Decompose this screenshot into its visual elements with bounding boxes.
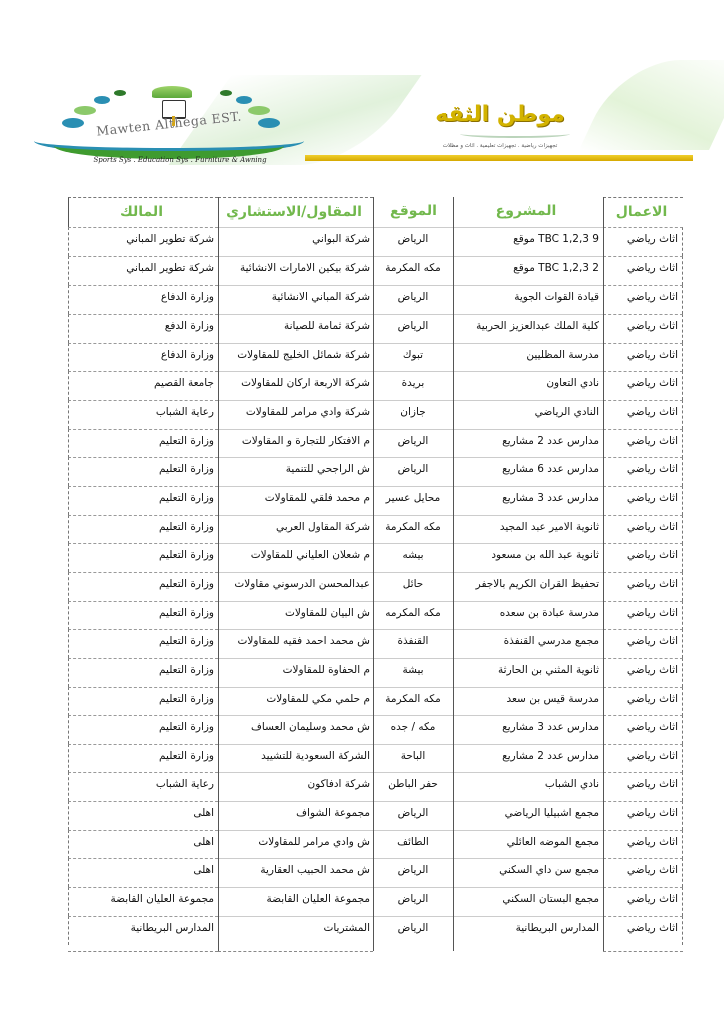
cell-contractor: ش محمد الحبيب العقارية [218,858,373,887]
cell-contractor: شركة بيكين الامارات الانشائية [218,256,373,285]
brand-title: موطن الثقه [420,102,580,127]
brand-underline [460,130,570,138]
table-row: اثاث رياضيمدرسة قيس بن سعدمكه المكرمةم ح… [68,687,718,716]
cell-work: اثاث رياضي [603,343,683,372]
cell-work: اثاث رياضي [603,744,683,773]
cell-contractor: م حلمي مكي للمقاولات [218,687,373,716]
cell-contractor: م الافتكار للتجارة و المقاولات [218,429,373,458]
table-row: اثاث رياضيTBC 1,2,3 2 موقعمكه المكرمةشرك… [68,256,718,285]
brand-block: موطن الثقه [420,102,580,127]
cell-project: قيادة القوات الجوية [453,285,603,314]
table-row: اثاث رياضيمجمع مدرسي القنفذةالقنفذةش محم… [68,629,718,658]
table-row: اثاث رياضيالنادي الرياضيجازانشركة وادي م… [68,400,718,429]
cell-work: اثاث رياضي [603,256,683,285]
cell-work: اثاث رياضي [603,858,683,887]
column-header-project: المشروع [453,197,603,227]
cell-location: جازان [373,400,453,429]
cell-project: مدارس عدد 6 مشاريع [453,457,603,486]
cell-location: الرياض [373,227,453,256]
cell-work: اثاث رياضي [603,543,683,572]
cell-work: اثاث رياضي [603,772,683,801]
cell-work: اثاث رياضي [603,314,683,343]
table-row: اثاث رياضيمدارس عدد 3 مشاريعمكه / جدهش م… [68,715,718,744]
cell-project: النادي الرياضي [453,400,603,429]
cell-owner: اهلى [68,801,218,830]
cell-project: مجمع اشبيليا الرياضي [453,801,603,830]
cell-owner: وزارة التعليم [68,486,218,515]
cell-location: بيشه [373,543,453,572]
cell-location: الرياض [373,314,453,343]
cell-project: مدرسة قيس بن سعد [453,687,603,716]
cell-contractor: ش وادي مرامر للمقاولات [218,830,373,859]
table-row: اثاث رياضينادي الشبابحفر الباطنشركة ادفا… [68,772,718,801]
cell-location: مكه المكرمه [373,601,453,630]
cell-project: ثانوية الامير عبد المجيد [453,515,603,544]
table-row: اثاث رياضيالمدارس البريطانيةالرياضالمشتر… [68,916,718,945]
cell-location: الرياض [373,887,453,916]
cell-contractor: ش محمد وسليمان العساف [218,715,373,744]
cell-contractor: شركة ادفاكون [218,772,373,801]
cell-work: اثاث رياضي [603,715,683,744]
cell-contractor: ش البيان للمقاولات [218,601,373,630]
cell-owner: وزارة التعليم [68,543,218,572]
cell-project: ثانوية المثني بن الحارثة [453,658,603,687]
table-row: اثاث رياضيمدارس عدد 2 مشاريعالرياضم الاف… [68,429,718,458]
cell-project: مدارس عدد 2 مشاريع [453,429,603,458]
cell-work: اثاث رياضي [603,830,683,859]
cell-project: نادي الشباب [453,772,603,801]
cell-location: حفر الباطن [373,772,453,801]
cell-contractor: شركة ثمامة للصيانة [218,314,373,343]
cell-project: مدارس عدد 2 مشاريع [453,744,603,773]
table-row: اثاث رياضيقيادة القوات الجويةالرياضشركة … [68,285,718,314]
cell-work: اثاث رياضي [603,400,683,429]
cell-contractor: م محمد فلقي للمقاولات [218,486,373,515]
cell-project: مجمع البستان السكني [453,887,603,916]
cell-owner: وزارة التعليم [68,572,218,601]
column-divider [603,197,604,951]
cell-location: الرياض [373,429,453,458]
cell-project: تحفيظ القران الكريم بالاجفر [453,572,603,601]
table-bottom-border [68,951,218,952]
cell-contractor: مجموعة الشواف [218,801,373,830]
cell-location: الرياض [373,285,453,314]
cell-work: اثاث رياضي [603,887,683,916]
cell-contractor: شركة وادي مرامر للمقاولات [218,400,373,429]
cell-location: القنفذة [373,629,453,658]
company-logo: Mawten Althega EST. Sports Sys . Educati… [34,88,304,178]
column-divider [373,197,374,951]
cell-work: اثاث رياضي [603,227,683,256]
cell-contractor: ش الراجحي للتنمية [218,457,373,486]
table-row: اثاث رياضيمجمع البستان السكنيالرياضمجموع… [68,887,718,916]
cell-contractor: م شعلان العلياني للمقاولات [218,543,373,572]
cell-contractor: شركة المقاول العربي [218,515,373,544]
cell-work: اثاث رياضي [603,486,683,515]
cell-contractor: م الحفاوة للمقاولات [218,658,373,687]
cell-location: مكه / جده [373,715,453,744]
cell-work: اثاث رياضي [603,658,683,687]
table-row: اثاث رياضيمدارس عدد 3 مشاريعمحايل عسيرم … [68,486,718,515]
cell-owner: وزارة التعليم [68,715,218,744]
logo-dot [220,90,232,96]
cell-work: اثاث رياضي [603,371,683,400]
cell-owner: شركة تطوير المباني [68,227,218,256]
table-bottom-border [218,951,373,952]
table-row: اثاث رياضيمدرسة عبادة بن سعدهمكه المكرمه… [68,601,718,630]
logo-tagline: Sports Sys . Education Sys . Furniture &… [90,156,270,164]
cell-owner: وزارة الدفاع [68,343,218,372]
column-header-contractor: المقاول/الاستشاري [218,197,373,227]
table-row: اثاث رياضيكلية الملك عبدالعزيز الحربيةال… [68,314,718,343]
cell-location: الرياض [373,457,453,486]
cell-work: اثاث رياضي [603,457,683,486]
cell-owner: وزارة التعليم [68,629,218,658]
table-row: اثاث رياضيTBC 1,2,3 9 موقعالرياضشركة الب… [68,227,718,256]
column-header-owner: المالك [68,197,218,227]
cell-contractor: شركة شمائل الخليج للمقاولات [218,343,373,372]
table-row: اثاث رياضينادي التعاونبريدةشركة الاربعة … [68,371,718,400]
cell-contractor: شركة البواني [218,227,373,256]
logo-dot [258,118,280,128]
cell-location: مكه المكرمة [373,515,453,544]
cell-contractor: شركة الاربعة اركان للمقاولات [218,371,373,400]
cell-work: اثاث رياضي [603,601,683,630]
table-row: اثاث رياضيمجمع الموضه العائليالطائفش واد… [68,830,718,859]
cell-location: بريدة [373,371,453,400]
cell-work: اثاث رياضي [603,515,683,544]
cell-contractor: الشركة السعودية للتشييد [218,744,373,773]
cell-project: ثانوية عبد الله بن مسعود [453,543,603,572]
cell-owner: شركة تطوير المباني [68,256,218,285]
cell-project: مجمع الموضه العائلي [453,830,603,859]
cell-owner: وزارة التعليم [68,429,218,458]
cell-project: مدرسة عبادة بن سعده [453,601,603,630]
table-row: اثاث رياضيتحفيظ القران الكريم بالاجفرحائ… [68,572,718,601]
cell-contractor: مجموعة العليان القابضة [218,887,373,916]
column-header-location: الموقع [373,197,453,227]
cell-location: الطائف [373,830,453,859]
cell-location: الباحة [373,744,453,773]
cell-work: اثاث رياضي [603,285,683,314]
cell-location: الرياض [373,801,453,830]
cell-work: اثاث رياضي [603,572,683,601]
cell-owner: وزارة التعليم [68,687,218,716]
cell-project: TBC 1,2,3 9 موقع [453,227,603,256]
logo-dot [74,106,96,115]
table-row: اثاث رياضيمجمع سن داي السكنيالرياضش محمد… [68,858,718,887]
cell-owner: وزارة الدفاع [68,285,218,314]
logo-dot [114,90,126,96]
cell-owner: المدارس البريطانية [68,916,218,945]
cell-owner: وزارة التعليم [68,601,218,630]
column-divider [218,197,219,951]
cell-project: TBC 1,2,3 2 موقع [453,256,603,285]
cell-work: اثاث رياضي [603,429,683,458]
table-header-row: الاعمال المشروع الموقع المقاول/الاستشاري… [68,197,718,227]
cell-contractor: عبدالمحسن الدرسوني مقاولات [218,572,373,601]
cell-work: اثاث رياضي [603,629,683,658]
cell-owner: اهلى [68,858,218,887]
cell-owner: وزارة الدفع [68,314,218,343]
cell-location: بيشة [373,658,453,687]
cell-location: مكه المكرمة [373,256,453,285]
cell-location: حائل [373,572,453,601]
cell-owner: وزارة التعليم [68,658,218,687]
cell-project: المدارس البريطانية [453,916,603,945]
cell-work: اثاث رياضي [603,801,683,830]
cell-work: اثاث رياضي [603,916,683,945]
cell-location: مكه المكرمة [373,687,453,716]
cell-owner: اهلى [68,830,218,859]
cell-work: اثاث رياضي [603,687,683,716]
logo-dot [236,96,252,104]
cell-project: نادي التعاون [453,371,603,400]
logo-dot [94,96,110,104]
header-divider [305,155,693,161]
cell-owner: وزارة التعليم [68,515,218,544]
column-header-work: الاعمال [603,197,683,227]
cell-location: محايل عسير [373,486,453,515]
decorative-swoosh [579,60,724,150]
column-divider [453,197,454,951]
cell-location: تبوك [373,343,453,372]
cell-project: مدرسة المظليين [453,343,603,372]
table-row: اثاث رياضيمجمع اشبيليا الرياضيالرياضمجمو… [68,801,718,830]
cell-project: مجمع سن داي السكني [453,858,603,887]
table-row: اثاث رياضيثانوية عبد الله بن مسعودبيشهم … [68,543,718,572]
cell-contractor: ش محمد احمد فقيه للمقاولات [218,629,373,658]
cell-location: الرياض [373,916,453,945]
cell-owner: رعاية الشباب [68,400,218,429]
brand-subtitle: تجهيزات رياضية . تجهيزات تعليمية . اثاث … [430,143,570,149]
cell-owner: مجموعة العليان القابضة [68,887,218,916]
cell-owner: وزارة التعليم [68,457,218,486]
cell-contractor: شركة المباني الانشائية [218,285,373,314]
cell-owner: رعاية الشباب [68,772,218,801]
table-row: اثاث رياضيمدارس عدد 6 مشاريعالرياضش الرا… [68,457,718,486]
cell-project: مدارس عدد 3 مشاريع [453,486,603,515]
table-row: اثاث رياضيثانوية المثني بن الحارثةبيشةم … [68,658,718,687]
cell-project: مدارس عدد 3 مشاريع [453,715,603,744]
grass-icon [152,86,192,98]
cell-project: مجمع مدرسي القنفذة [453,629,603,658]
table-row: اثاث رياضيثانوية الامير عبد المجيدمكه ال… [68,515,718,544]
cell-project: كلية الملك عبدالعزيز الحربية [453,314,603,343]
cell-owner: وزارة التعليم [68,744,218,773]
cell-location: الرياض [373,858,453,887]
cell-owner: جامعة القصيم [68,371,218,400]
cell-contractor: المشتريات [218,916,373,945]
table-row: اثاث رياضيمدرسة المظليينتبوكشركة شمائل ا… [68,343,718,372]
table-row: اثاث رياضيمدارس عدد 2 مشاريعالباحةالشركة… [68,744,718,773]
table-bottom-border [603,951,683,952]
